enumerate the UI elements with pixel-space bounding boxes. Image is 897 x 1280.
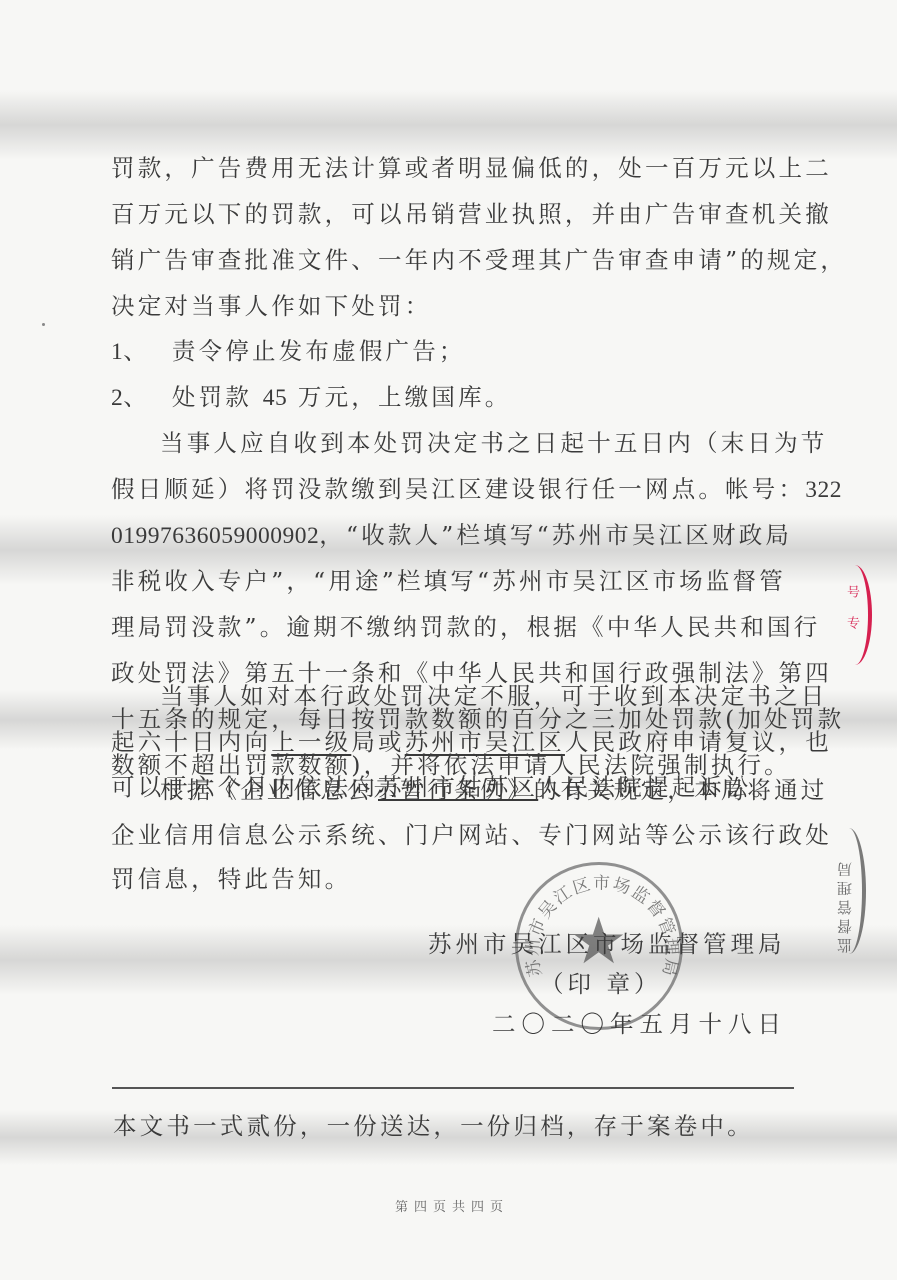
payment-line: 数额不超出罚款数额)，并将依法申请人民法院强制执行。	[111, 750, 791, 780]
payment-line: 01997636059000902，“收款人”栏填写“苏州市吴江区财政局	[111, 520, 791, 551]
penalty-item-1: 1、 责令停止发布虚假广告；	[111, 336, 791, 367]
account-number-part: 322	[805, 477, 842, 503]
payment-text: ，“收款人”栏填写“苏州市吴江区财政局	[319, 521, 792, 549]
body-line: 决定对当事人作如下处罚：	[111, 291, 791, 321]
body-line: 销广告审查批准文件、一年内不受理其广告审查申请”的规定，	[111, 245, 791, 275]
payment-line: 当事人应自收到本处罚决定书之日起十五日内（末日为节	[160, 428, 840, 458]
penalty-number: 2、	[111, 385, 147, 411]
penalty-text: 责令停止发布虚假广告；	[172, 337, 466, 365]
penalty-text: 万元，上缴国库。	[287, 383, 511, 411]
document-page: 罚款，广告费用无法计算或者明显偏低的，处一百万元以上二 百万元以下的罚款，可以吊…	[0, 0, 897, 1280]
body-line: 罚款，广告费用无法计算或者明显偏低的，处一百万元以上二	[111, 153, 791, 183]
payment-line: 十五条的规定，每日按罚款数额的百分之三加处罚款(加处罚款	[111, 704, 791, 734]
penalty-number: 1、	[111, 339, 147, 365]
penalty-text: 处罚款	[172, 383, 263, 411]
scan-speck	[42, 323, 45, 326]
payment-line: 非税收入专户”，“用途”栏填写“苏州市吴江区市场监督管	[111, 566, 791, 596]
payment-line: 理局罚没款”。逾期不缴纳罚款的，根据《中华人民共和国行	[111, 612, 791, 642]
payment-text: 假日顺延）将罚没款缴到吴江区建设银行任一网点。帐号：	[111, 475, 805, 503]
penalty-item-2: 2、 处罚款 45 万元，上缴国库。	[111, 382, 791, 413]
body-line: 百万元以下的罚款，可以吊销营业执照，并由广告审查机关撤	[111, 199, 791, 229]
account-number-part: 01997636059000902	[111, 523, 319, 549]
payment-line: 政处罚法》第五十一条和《中华人民共和国行政强制法》第四	[111, 658, 791, 688]
payment-line: 假日顺延）将罚没款缴到吴江区建设银行任一网点。帐号：322	[111, 474, 791, 505]
fine-amount: 45	[263, 385, 288, 411]
